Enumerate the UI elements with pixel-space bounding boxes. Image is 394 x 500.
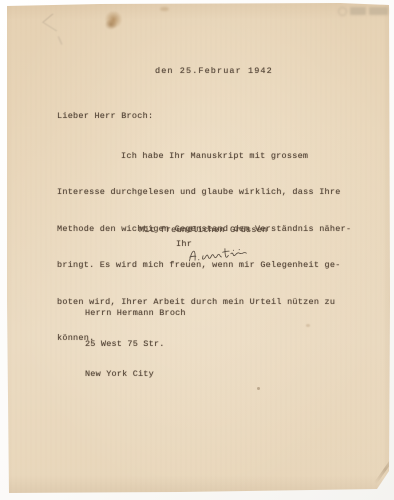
- address-line: New York City: [85, 369, 186, 380]
- pencil-mark: [49, 36, 63, 49]
- paper-speck: [160, 7, 169, 11]
- address-line: 25 West 75 Str.: [85, 339, 186, 350]
- pencil-mark: [42, 14, 67, 32]
- recipient-address: Herrn Hermann Broch 25 West 75 Str. New …: [85, 288, 186, 400]
- photo-background: den 25.Februar 1942 Lieber Herr Broch: I…: [0, 0, 394, 500]
- paper-stain: [100, 6, 126, 36]
- salutation-line: Lieber Herr Broch:: [57, 111, 153, 121]
- corner-fold-crease: [374, 455, 394, 485]
- watermark-text-block: [369, 7, 388, 15]
- closing-line: Mit freundlichen Grüssen: [139, 225, 267, 235]
- letter-paper: den 25.Februar 1942 Lieber Herr Broch: I…: [0, 0, 394, 500]
- paper-speck: [257, 387, 260, 390]
- watermark-text-block: [350, 7, 366, 15]
- body-line: Ich habe Ihr Manuskript mit grossem: [57, 148, 357, 164]
- address-line: Herrn Hermann Broch: [85, 308, 186, 319]
- watermark-ring-icon: [338, 7, 347, 16]
- date-line: den 25.Februar 1942: [155, 66, 273, 76]
- body-line: Interesse durchgelesen und glaube wirkli…: [57, 184, 357, 200]
- circle-logo-watermark: [338, 4, 392, 18]
